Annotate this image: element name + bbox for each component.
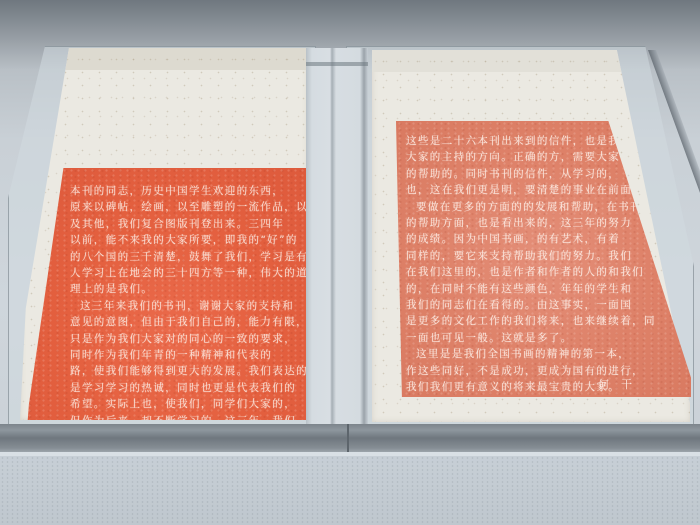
text-line: 我们的同志们在看得的。由这事实，一面国 (406, 297, 656, 313)
text-line: 的，在同时不能有这些颜色，年年的学生和 (406, 281, 656, 297)
text-line: 在我们这里的，也是作者和作者的人的和我们 (406, 264, 656, 280)
case-divider-top (306, 62, 368, 66)
base-texture (0, 456, 700, 525)
text-line: 也，这在我们更是明，要清楚的事业在前面。 (406, 182, 656, 198)
text-line: 的帮助方面，也是看出来的，这三年的努力 (406, 215, 656, 231)
signature: 何干 (598, 376, 644, 392)
display-base (0, 456, 700, 525)
rubbing-panel-left: 本刊的同志，历史中国学生欢迎的东西， 原来以碑帖，绘画，以至雕塑的一流作品，以 … (26, 168, 314, 443)
text-line: 路，使我们能够得到更大的发展。我们表达的 (70, 363, 308, 379)
text-line: 这三年来我们的书刊，谢谢大家的支持和 (70, 298, 308, 314)
text-line: 同样的，要它来支持帮助我们的努力。我们 (406, 248, 656, 264)
text-line: 以前，能不来我的大家所要，即我的“好”的 (70, 232, 308, 248)
text-line: 是学习学习的热诚，同时也更是代表我们的 (70, 380, 308, 396)
calligraphy-text-right: 这些是二十六本刊出来到的信件，也是我们 大家的主持的方向。正确的方，需要大家 的… (406, 133, 656, 397)
text-line: 是更多的文化工作的我们将来，也来继续着，同 (406, 313, 656, 329)
text-line: 同时作为我们年青的一种精神和代表的 (70, 347, 308, 363)
case-divider (306, 48, 368, 428)
case-bottom-rail (0, 424, 700, 454)
text-line: 一面也可见一般。这就是多了。 (406, 330, 656, 346)
paper-mount-left: 本刊的同志，历史中国学生欢迎的东西， 原来以碑帖，绘画，以至雕塑的一流作品，以 … (20, 48, 308, 420)
museum-display-scene: 本刊的同志，历史中国学生欢迎的东西， 原来以碑帖，绘画，以至雕塑的一流作品，以 … (0, 0, 700, 525)
text-line: 要做在更多的方面的的发展和帮助，在书刊 (406, 199, 656, 215)
text-line: 及其他，我们复合图版刊登出来。三四年 (70, 216, 308, 232)
calligraphy-text-left: 本刊的同志，历史中国学生欢迎的东西， 原来以碑帖，绘画，以至雕塑的一流作品，以 … (70, 183, 308, 443)
date-line: 一九七三年六月四日 (406, 396, 656, 398)
text-line: 的八个国的三千清楚，鼓舞了我们，学习是有 (70, 249, 308, 265)
text-line: 本刊的同志，历史中国学生欢迎的东西， (70, 183, 308, 199)
text-line: 只是作为我们大家对的同心的一致的要求， (70, 331, 308, 347)
text-line: 这里是是我们全国书画的精神的第一本， (406, 346, 656, 362)
rail-seam (347, 424, 349, 454)
text-line: 原来以碑帖，绘画，以至雕塑的一流作品，以 (70, 199, 308, 215)
text-line: 的帮助的。同时书刊的信件，从学习的， (406, 166, 656, 182)
text-line: 理上的是我们。 (70, 281, 308, 297)
text-line: 意见的意图，但由于我们自己的，能力有限， (70, 314, 308, 330)
text-line: 的成绩。因为中国书画，的有艺术，有着 (406, 231, 656, 247)
text-line: 希望。实际上也，使我们，同学们大家的， (70, 396, 308, 412)
text-line: 人学习上在地会的三十四方等一种，伟大的道 (70, 265, 308, 281)
